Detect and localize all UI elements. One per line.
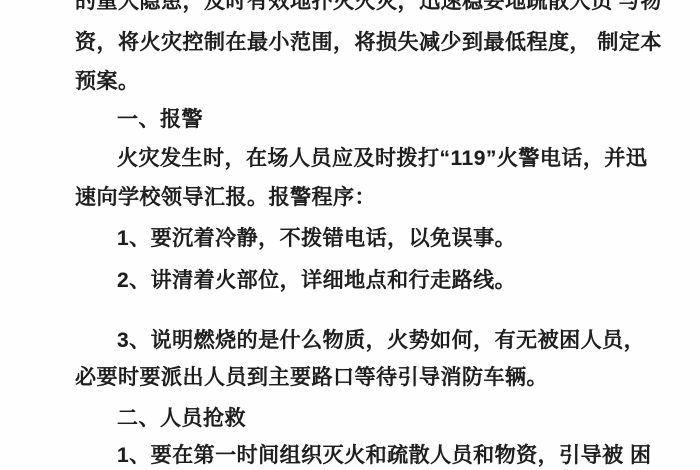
doc-line-item-2: 2、讲清着火部位，详细地点和行走路线。 xyxy=(117,269,516,293)
section-heading-baojing: 一、报警 xyxy=(117,108,203,132)
doc-line-clipped: 的重大隐患，及时有效地扑灭火灾，迅速稳妥地疏散人员 与物 xyxy=(75,0,662,14)
doc-line: 资，将火灾控制在最小范围，将损失减少到最低程度， 制定本 xyxy=(75,31,662,55)
doc-line-item-3: 3、说明燃烧的是什么物质，火势如何，有无被困人员， xyxy=(117,329,645,353)
section-heading-qiangjiu: 二、人员抢救 xyxy=(117,407,246,431)
doc-line-item-1b: 1、要在第一时间组织灭火和疏散人员和物资，引导被 困 xyxy=(117,444,652,468)
doc-line-item-1: 1、要沉着冷静，不拨错电话，以免误事。 xyxy=(117,227,516,251)
doc-line: 预案。 xyxy=(75,70,140,94)
doc-line: 必要时要派出人员到主要路口等待引导消防车辆。 xyxy=(75,366,548,390)
document-page: 的重大隐患，及时有效地扑灭火灾，迅速稳妥地疏散人员 与物 资，将火灾控制在最小范… xyxy=(0,0,700,470)
doc-line: 火灾发生时，在场人员应及时拨打“119”火警电话，并迅 xyxy=(117,147,647,171)
doc-line: 速向学校领导汇报。报警程序： xyxy=(75,186,376,210)
